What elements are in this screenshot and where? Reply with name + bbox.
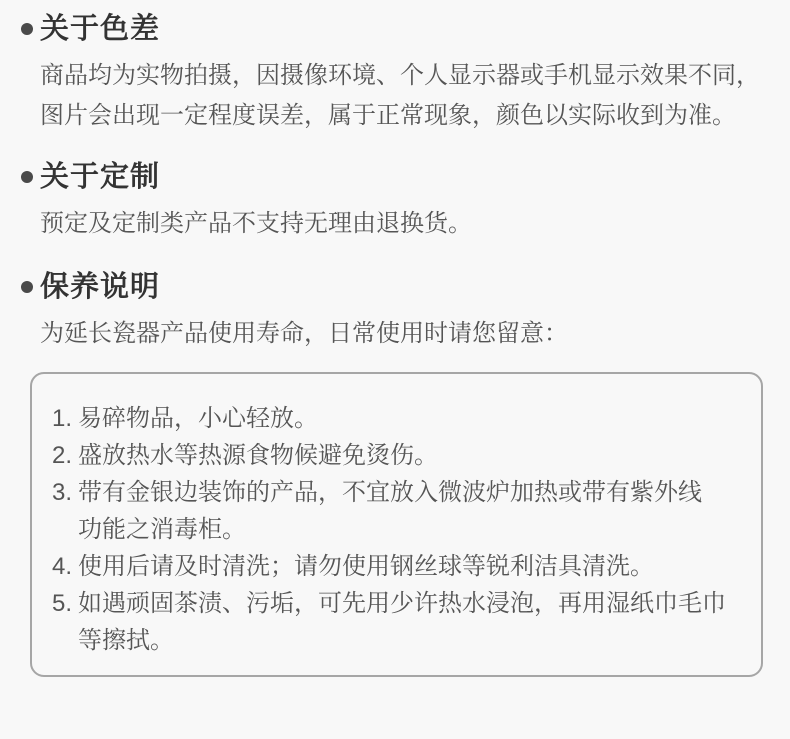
list-item-line: 如遇顽固茶渍、污垢，可先用少许热水浸泡，再用湿纸巾毛巾	[78, 585, 741, 622]
section-body-color-difference: 商品均为实物拍摄，因摄像环境、个人显示器或手机显示效果不同， 图片会出现一定程度…	[40, 56, 790, 136]
list-item-number: 1.	[52, 400, 78, 437]
list-item-text: 如遇顽固茶渍、污垢，可先用少许热水浸泡，再用湿纸巾毛巾 等擦拭。	[78, 585, 741, 659]
bullet-icon	[21, 23, 33, 35]
list-item-text: 盛放热水等热源食物候避免烫伤。	[78, 437, 741, 474]
body-line: 预定及定制类产品不支持无理由退换货。	[40, 204, 790, 244]
list-item-number: 2.	[52, 437, 78, 474]
list-item: 3. 带有金银边装饰的产品，不宜放入微波炉加热或带有紫外线 功能之消毒柜。	[52, 474, 741, 548]
bullet-icon	[21, 171, 33, 183]
section-title-row: 关于定制	[0, 160, 790, 194]
section-customization: 关于定制 预定及定制类产品不支持无理由退换货。	[0, 160, 790, 244]
list-item: 4. 使用后请及时清洗；请勿使用钢丝球等锐利洁具清洗。	[52, 548, 741, 585]
list-item-number: 3.	[52, 474, 78, 511]
list-item-number: 5.	[52, 585, 78, 622]
body-line: 图片会出现一定程度误差，属于正常现象，颜色以实际收到为准。	[40, 96, 790, 136]
section-title-color-difference: 关于色差	[40, 12, 160, 46]
section-title-care: 保养说明	[40, 270, 160, 304]
section-body-care: 为延长瓷器产品使用寿命，日常使用时请您留意：	[40, 314, 790, 354]
section-title-customization: 关于定制	[40, 160, 160, 194]
list-item-text: 带有金银边装饰的产品，不宜放入微波炉加热或带有紫外线 功能之消毒柜。	[78, 474, 741, 548]
body-line: 商品均为实物拍摄，因摄像环境、个人显示器或手机显示效果不同，	[40, 56, 790, 96]
list-item: 5. 如遇顽固茶渍、污垢，可先用少许热水浸泡，再用湿纸巾毛巾 等擦拭。	[52, 585, 741, 659]
care-instructions-box: 1. 易碎物品，小心轻放。 2. 盛放热水等热源食物候避免烫伤。 3. 带有金银…	[30, 372, 763, 677]
list-item-number: 4.	[52, 548, 78, 585]
list-item-line: 带有金银边装饰的产品，不宜放入微波炉加热或带有紫外线	[78, 474, 741, 511]
section-color-difference: 关于色差 商品均为实物拍摄，因摄像环境、个人显示器或手机显示效果不同， 图片会出…	[0, 12, 790, 136]
bullet-icon	[21, 281, 33, 293]
list-item-line: 等擦拭。	[78, 622, 741, 659]
list-item-line: 易碎物品，小心轻放。	[78, 400, 741, 437]
list-item-line: 使用后请及时清洗；请勿使用钢丝球等锐利洁具清洗。	[78, 548, 741, 585]
product-notice-page: 关于色差 商品均为实物拍摄，因摄像环境、个人显示器或手机显示效果不同， 图片会出…	[0, 0, 790, 739]
list-item-text: 使用后请及时清洗；请勿使用钢丝球等锐利洁具清洗。	[78, 548, 741, 585]
body-line: 为延长瓷器产品使用寿命，日常使用时请您留意：	[40, 314, 790, 354]
section-title-row: 保养说明	[0, 270, 790, 304]
section-care-instructions: 保养说明 为延长瓷器产品使用寿命，日常使用时请您留意：	[0, 270, 790, 354]
list-item: 1. 易碎物品，小心轻放。	[52, 400, 741, 437]
list-item-line: 功能之消毒柜。	[78, 511, 741, 548]
list-item: 2. 盛放热水等热源食物候避免烫伤。	[52, 437, 741, 474]
list-item-text: 易碎物品，小心轻放。	[78, 400, 741, 437]
section-body-customization: 预定及定制类产品不支持无理由退换货。	[40, 204, 790, 244]
section-title-row: 关于色差	[0, 12, 790, 46]
list-item-line: 盛放热水等热源食物候避免烫伤。	[78, 437, 741, 474]
